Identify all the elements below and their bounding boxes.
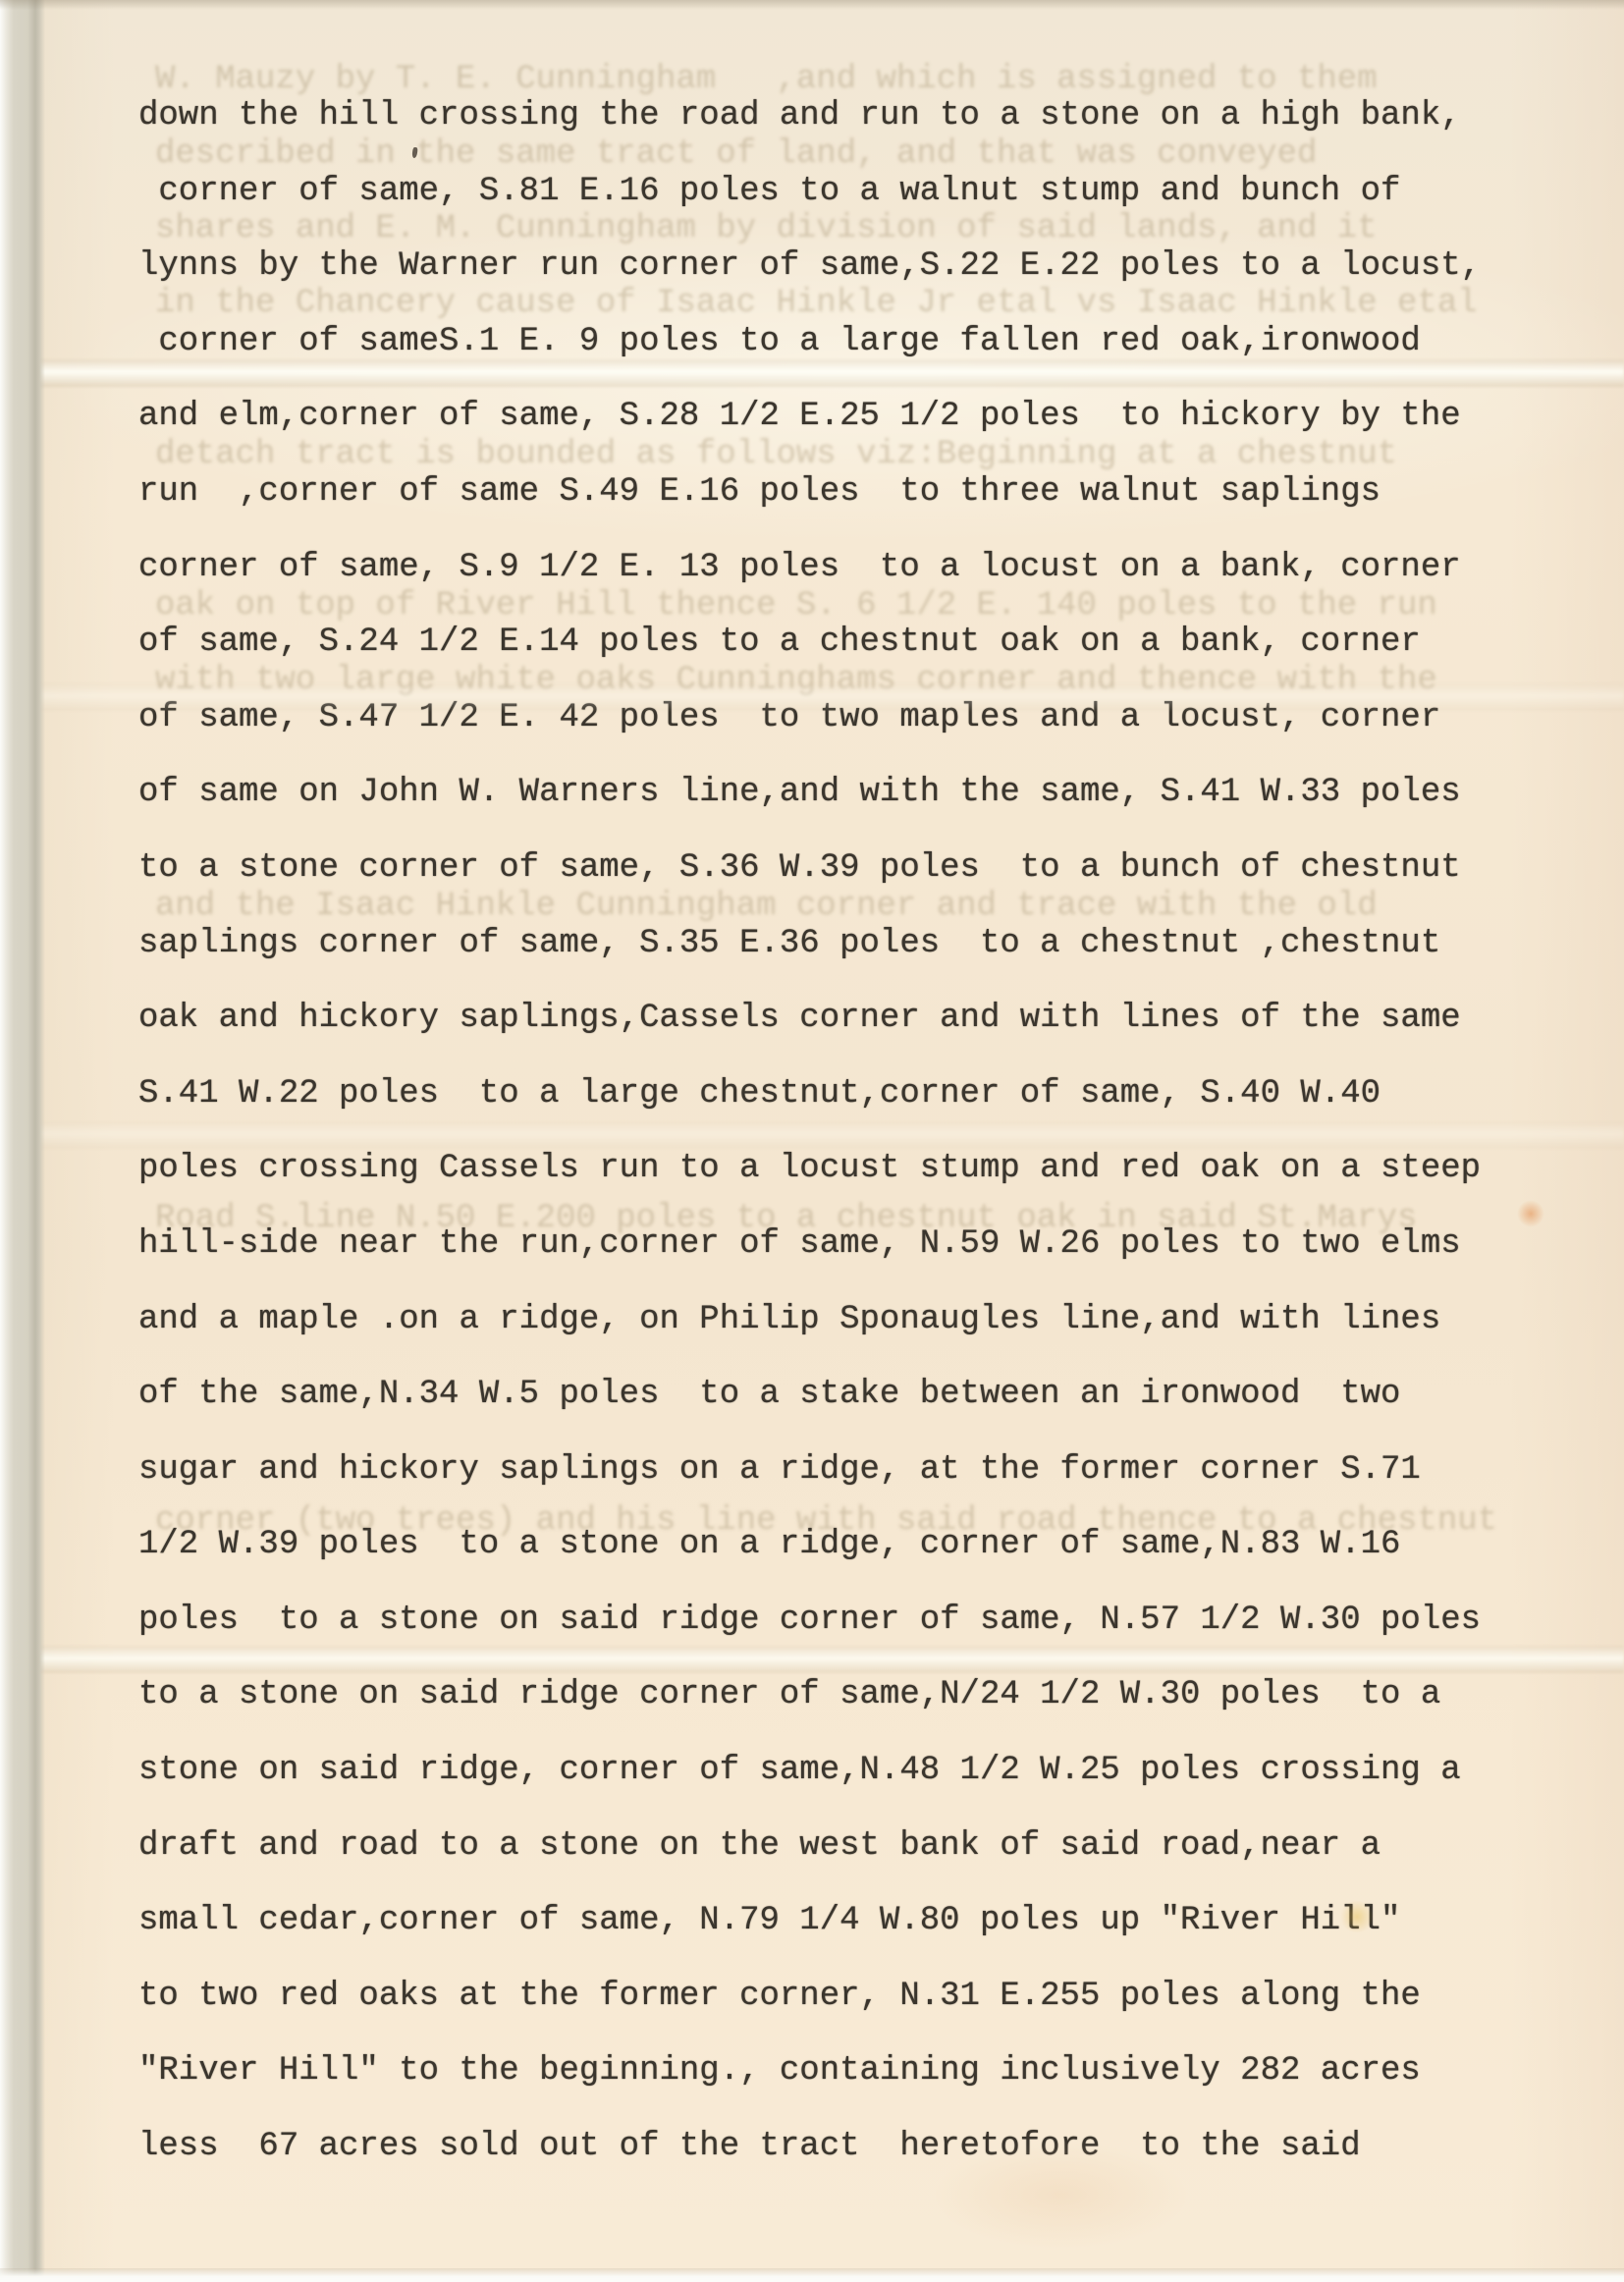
document-line: draft and road to a stone on the west ba… xyxy=(138,1809,1572,1884)
document-line: run ,corner of same S.49 E.16 poles to t… xyxy=(138,455,1572,530)
paper-top-edge xyxy=(0,0,1624,10)
document-line: less 67 acres sold out of the tract here… xyxy=(138,2109,1572,2185)
document-line: 1/2 W.39 poles to a stone on a ridge, co… xyxy=(138,1507,1572,1583)
document-line: to a stone on said ridge corner of same,… xyxy=(138,1657,1572,1733)
document-line: and elm,corner of same, S.28 1/2 E.25 1/… xyxy=(138,379,1572,455)
paper-left-edge xyxy=(0,0,45,2282)
document-line: hill-side near the run,corner of same, N… xyxy=(138,1207,1572,1282)
document-line: saplings corner of same, S.35 E.36 poles… xyxy=(138,906,1572,982)
document-line: of the same,N.34 W.5 poles to a stake be… xyxy=(138,1357,1572,1433)
document-line: "River Hill" to the beginning., containi… xyxy=(138,2034,1572,2109)
document-line: down the hill crossing the road and run … xyxy=(138,79,1572,154)
document-line: poles to a stone on said ridge corner of… xyxy=(138,1583,1572,1658)
document-line: corner of same, S.81 E.16 poles to a wal… xyxy=(138,154,1572,230)
document-line: stone on said ridge, corner of same,N.48… xyxy=(138,1733,1572,1809)
document-line: of same, S.24 1/2 E.14 poles to a chestn… xyxy=(138,605,1572,680)
typed-text-block: down the hill crossing the road and run … xyxy=(138,79,1572,2185)
document-line: of same on John W. Warners line,and with… xyxy=(138,755,1572,831)
paper-bottom-edge xyxy=(0,2268,1624,2282)
document-line: and a maple .on a ridge, on Philip Spona… xyxy=(138,1282,1572,1358)
document-line: of same, S.47 1/2 E. 42 poles to two map… xyxy=(138,680,1572,756)
document-line: corner of same, S.9 1/2 E. 13 poles to a… xyxy=(138,530,1572,606)
scanned-page: W. Mauzy by T. E. Cunningham ,and which … xyxy=(0,0,1624,2282)
document-line: poles crossing Cassels run to a locust s… xyxy=(138,1131,1572,1207)
document-line: to a stone corner of same, S.36 W.39 pol… xyxy=(138,831,1572,906)
document-line: S.41 W.22 poles to a large chestnut,corn… xyxy=(138,1057,1572,1132)
document-line: corner of sameS.1 E. 9 poles to a large … xyxy=(138,304,1572,380)
document-line: oak and hickory saplings,Cassels corner … xyxy=(138,981,1572,1057)
document-line: to two red oaks at the former corner, N.… xyxy=(138,1959,1572,2035)
document-line: lynns by the Warner run corner of same,S… xyxy=(138,229,1572,304)
document-line: sugar and hickory saplings on a ridge, a… xyxy=(138,1433,1572,1508)
document-line: small cedar,corner of same, N.79 1/4 W.8… xyxy=(138,1883,1572,1959)
